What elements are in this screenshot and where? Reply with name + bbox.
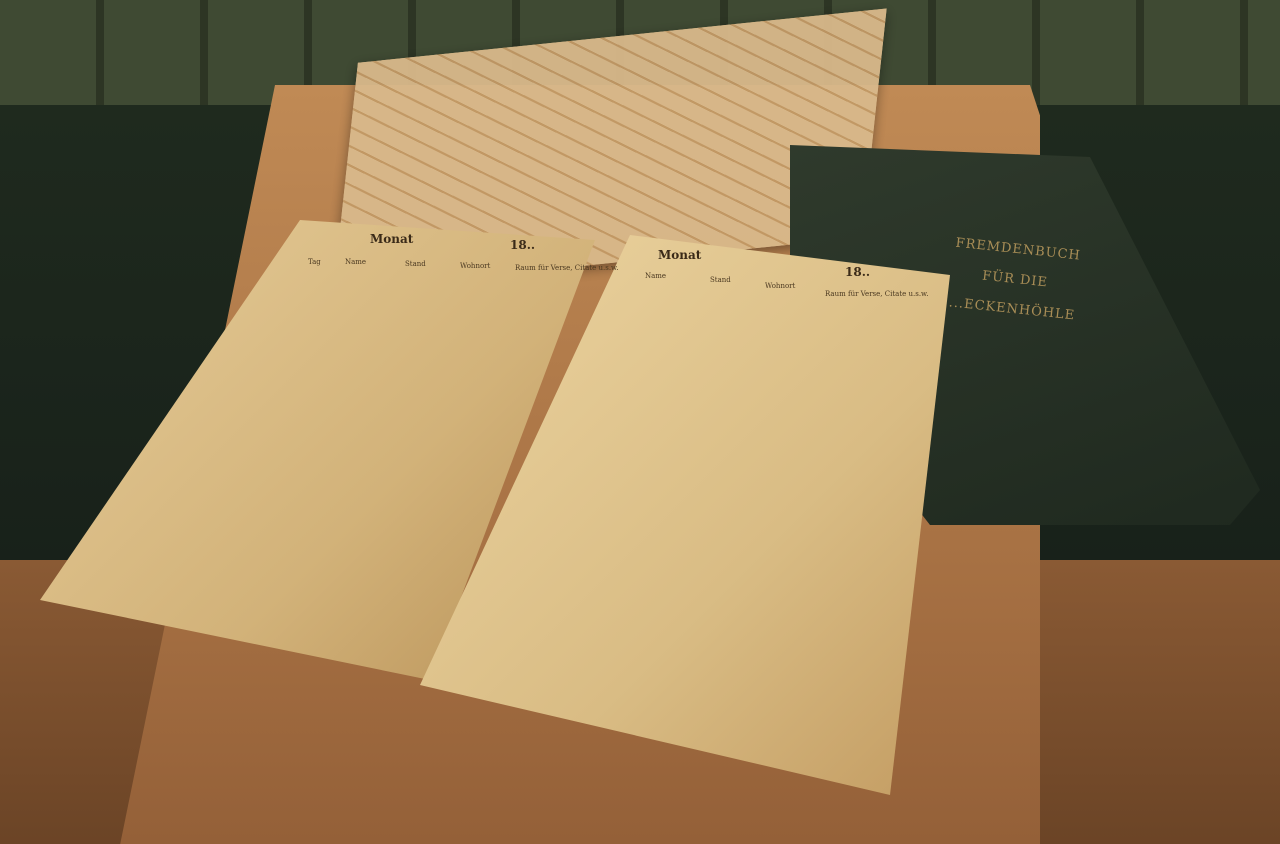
left-col-verses: Raum für Verse, Citate u.s.w. <box>515 264 618 272</box>
right-col-status: Stand <box>710 276 731 284</box>
left-month-label: Monat <box>370 232 413 246</box>
book-cover-title: FREMDENBUCH FÜR DIE ...ECKENHÖHLE <box>926 226 1104 333</box>
left-col-name: Name <box>345 258 366 266</box>
right-col-name: Name <box>645 272 666 280</box>
open-guest-ledger: Monat 18.. Tag Name Stand Wohnort Raum f… <box>40 220 950 800</box>
left-col-day: Tag <box>308 258 321 266</box>
right-year: 18.. <box>845 265 870 279</box>
left-col-status: Stand <box>405 260 426 268</box>
right-month-label: Monat <box>658 248 701 262</box>
left-year: 18.. <box>510 238 535 252</box>
left-col-residence: Wohnort <box>460 262 490 270</box>
right-col-residence: Wohnort <box>765 282 795 290</box>
right-col-verses: Raum für Verse, Citate u.s.w. <box>825 290 928 298</box>
